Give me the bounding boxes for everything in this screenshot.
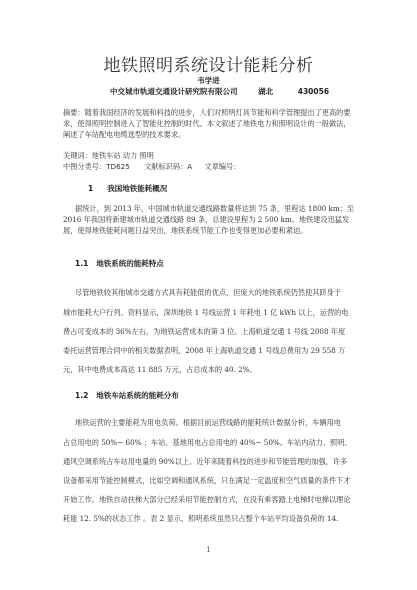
abstract-line: 阐述了车站配电电缆选型的技术要求。 (63, 130, 185, 140)
keywords: 关键词：地铁车站 动力 照明 (63, 151, 154, 161)
paragraph-line: 据统计，到 2013 年，中国城市轨道交通线路数量将达到 75 条，里程达 18… (75, 204, 371, 214)
paragraph-line: 开始工作。地铁自动扶梯大部分已经采用节能控制方式，在没有乘客踏上电梯时电梯以理论 (63, 495, 359, 505)
affiliation-line: 中交城市轨道交通设计研究院有限公司 湖北 430056 (110, 86, 329, 97)
subsection-heading: 1.1地铁系统的能耗特点 (75, 258, 164, 269)
paragraph-line: 通风空调系统占车站用电量的 90%以上。近年来随着科技的进步和节能管理的加强，许… (63, 457, 359, 467)
article-no-label: 文章编号： (204, 162, 240, 171)
page-number: 1 (0, 546, 417, 554)
class-value: TD625 (106, 162, 130, 171)
subsection-number: 1.1 (75, 259, 88, 268)
paragraph-line: 设备都采用节能控制模式，比如空调和通风系统，只在满足一定温度和空气质量的条件下才 (63, 476, 359, 486)
subsection-number: 1.2 (75, 391, 88, 400)
paragraph-line: 城市能耗大户行列。资料显示，深圳地铁 1 号线运营 1 年耗电 1 亿 kWh … (63, 308, 359, 318)
paragraph-line: 地铁运营的主要能耗为用电负荷。根据目前运营线路的能耗统计数据分析，车辆用电 (75, 418, 371, 428)
paragraph-line: 展，使得地铁能耗问题日益突出，地铁系统节能工作也变得更加必要和紧迫。 (63, 226, 359, 236)
subsection-title: 地铁车站系统的能耗分布 (96, 391, 179, 400)
classification-line: 中图分类号：TD625 文献标识码：A 文章编号： (63, 162, 240, 172)
subsection-title: 地铁系统的能耗特点 (96, 259, 164, 268)
paragraph-line: 费占可变成本的 36%左右，为地铁运营成本的第 3 位。上海轨道交通 1 号线 … (63, 327, 359, 337)
subsection-heading: 1.2地铁车站系统的能耗分布 (75, 390, 179, 401)
affiliation-org: 中交城市轨道交通设计研究院有限公司 (110, 86, 238, 97)
section-number: 1 (88, 184, 93, 193)
paragraph-line: 2016 年我国将新建城市轨道交通线路 89 条，总建设里程为 2 500 km… (63, 215, 359, 225)
class-label: 中图分类号： (63, 162, 106, 171)
doc-id-value: A (187, 162, 192, 171)
section-title: 我国地铁能耗概况 (107, 184, 167, 193)
paragraph-line: 委托运营管理合同中的相关数据表明，2008 年上海轨道交通 1 号线总费用为 2… (63, 346, 359, 356)
affiliation-province: 湖北 (258, 86, 273, 97)
abstract-line: 摘要：随着我国经济的发展和科技的进步，人们对照明灯具节能和科学管理提出了更高的要 (63, 108, 351, 118)
author-name: 韦学进 (0, 75, 417, 86)
section-heading: 1我国地铁能耗概况 (88, 183, 167, 194)
paragraph-line: 尽管地铁较其他城市交通方式具有耗能低的优点，但庞大的地铁系统仍然使其跻身于 (75, 288, 371, 298)
page-title: 地铁照明系统设计能耗分析 (0, 51, 417, 76)
paragraph-line: 耗能 12. 5%的状态工作 。表 2 显示，照明系统虽然只占整个车站平均设备负… (63, 514, 359, 524)
doc-id-label: 文献标识码： (144, 162, 187, 171)
abstract-line: 求，使得照明控制进入了智能化控制的时代。本文叙述了地铁电力和照明设计的一般做法， (63, 119, 351, 129)
paragraph-line: 元，其中电费成本高达 11 885 万元，占总成本的 40. 2%。 (63, 365, 359, 375)
paragraph-line: 占总用电的 50%~ 60% ；车站、基地用电占总用电的 40%~ 50%。车站… (63, 438, 359, 448)
affiliation-postcode: 430056 (298, 87, 329, 96)
